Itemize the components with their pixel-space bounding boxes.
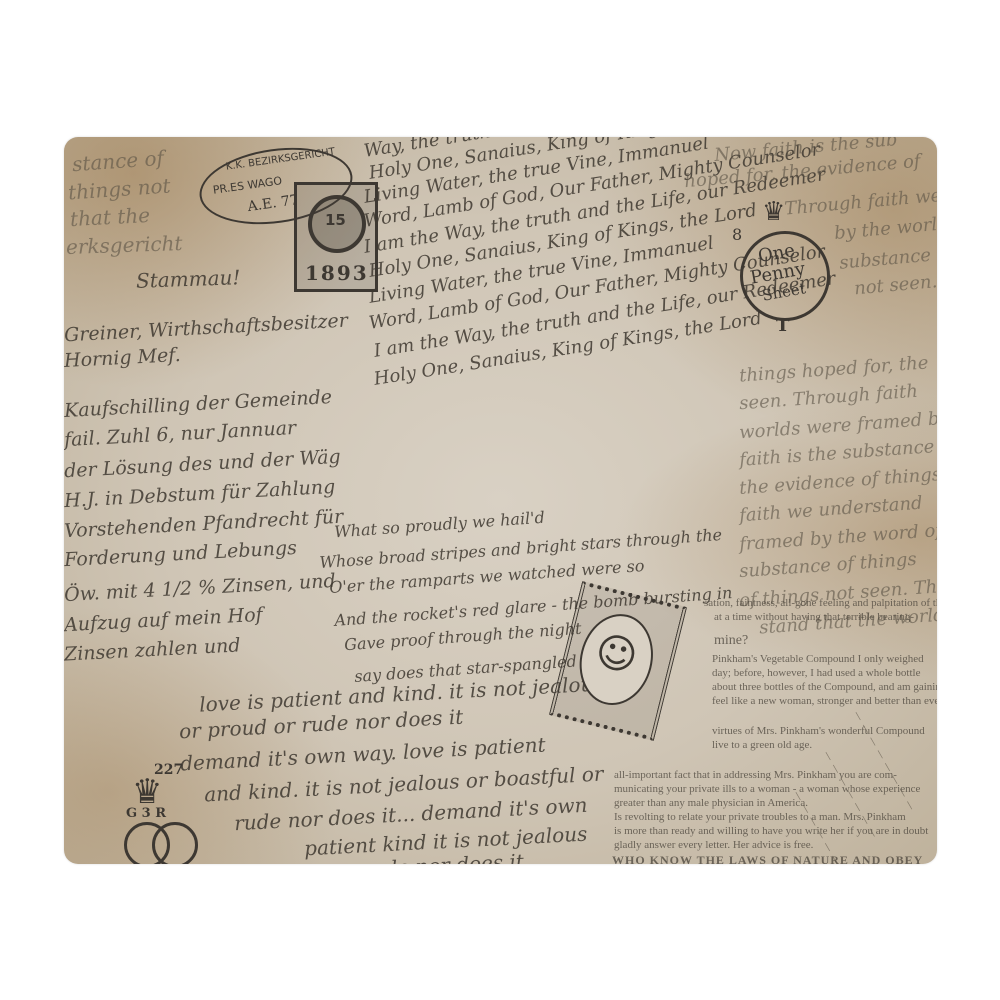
handwriting-line: Holy One, Sanaius, King of Kings, the Lo… <box>367 200 758 282</box>
handwriting-line: not seen. The <box>853 268 937 300</box>
handwriting-line: by the world of <box>833 211 937 244</box>
handwriting-line: Greiner, Wirthschaftsbesitzer <box>64 310 348 347</box>
handwriting-line: Holy One, Sanaius, King of Kings <box>367 137 669 184</box>
handwriting-line: substance of things <box>838 237 937 273</box>
handwriting-line: things hoped for, the <box>738 352 929 386</box>
handwriting-line: Way, the truth and the Life <box>362 137 606 162</box>
crown-icon: ♛ <box>762 197 785 227</box>
handwriting-line: love is patient and kind. it is not jeal… <box>199 671 604 716</box>
handwriting-line: Vorstehenden Pfandrecht für <box>64 506 344 543</box>
handwriting-line: Living Water, the true Vine, Immanuel <box>367 233 715 308</box>
square-postage-stamp: 15 1893 <box>294 182 378 292</box>
handwriting-line: and kind. it is not jealous or boastful … <box>204 762 604 807</box>
handwriting-line: Forderung und Lebungs <box>64 537 297 571</box>
handwriting-line: erksgericht <box>66 231 183 259</box>
handwriting-line: the evidence of things <box>739 464 937 499</box>
handwriting-line: Holy One, Sanaius, King of Kings, the Lo… <box>372 308 763 390</box>
handwriting-line: stance of <box>71 146 164 176</box>
throw-blanket: stance of things not that the erksgerich… <box>64 137 937 864</box>
handwriting-line: Hornig Mef. <box>64 344 181 372</box>
handwriting-line: Kaufschilling der Gemeinde <box>64 386 333 422</box>
handwriting-line: or proud or rude nor does it <box>179 705 464 744</box>
handwriting-line: seen. Through faith <box>738 381 918 414</box>
handwriting-line: things not <box>67 173 171 204</box>
handwriting-line: that the <box>69 203 150 231</box>
handwriting-line: H.J. in Debstum für Zahlung <box>64 476 336 512</box>
handwriting-line: What so proudly we hail'd <box>334 508 546 542</box>
handwriting-line: framed by the word of <box>739 520 937 555</box>
handwriting-line: rude nor does it... demand it's own <box>234 793 588 835</box>
newspaper-headline: WHO KNOW THE LAWS OF NATURE AND OBEY <box>612 853 923 864</box>
handwriting-line: Zinsen zahlen und <box>64 634 241 665</box>
one-penny-stamp: ♛ 8 One Penny Sheet T <box>732 197 842 337</box>
handwriting-line: patient kind it is not jealous <box>304 822 588 861</box>
handwriting-line: faith we understand <box>738 493 923 527</box>
handwriting-line: or rude nor does it <box>334 849 525 864</box>
crown-seal: 227 ♛ G 3 R <box>124 762 224 862</box>
handwriting-line: Living Water, the true Vine, Immanuel <box>362 137 710 208</box>
handwriting-line: fail. Zuhl 6, nur Jannuar <box>64 417 297 451</box>
handwriting-line: Aufzug auf mein Hof <box>64 604 263 636</box>
handwriting-line: der Lösung des und der Wäg <box>64 446 341 482</box>
handwriting-line: Now faith is the sub <box>713 137 898 166</box>
handwriting-line: demand it's own way. love is patient <box>180 732 547 775</box>
handwriting-line: faith is the substance <box>739 436 935 471</box>
handwriting-line: hoped for, the evidence of <box>684 151 922 193</box>
handwriting-line: substance of things <box>738 549 917 582</box>
handwriting-line: Öw. mit 4 1/2 % Zinsen, und <box>64 570 336 606</box>
handwriting-line: Gave proof through the night <box>344 619 582 655</box>
handwriting-line: Whose broad stripes and bright stars thr… <box>319 525 723 572</box>
handwriting-line: Stammau! <box>136 265 241 293</box>
handwriting-line: worlds were framed by <box>739 408 937 444</box>
